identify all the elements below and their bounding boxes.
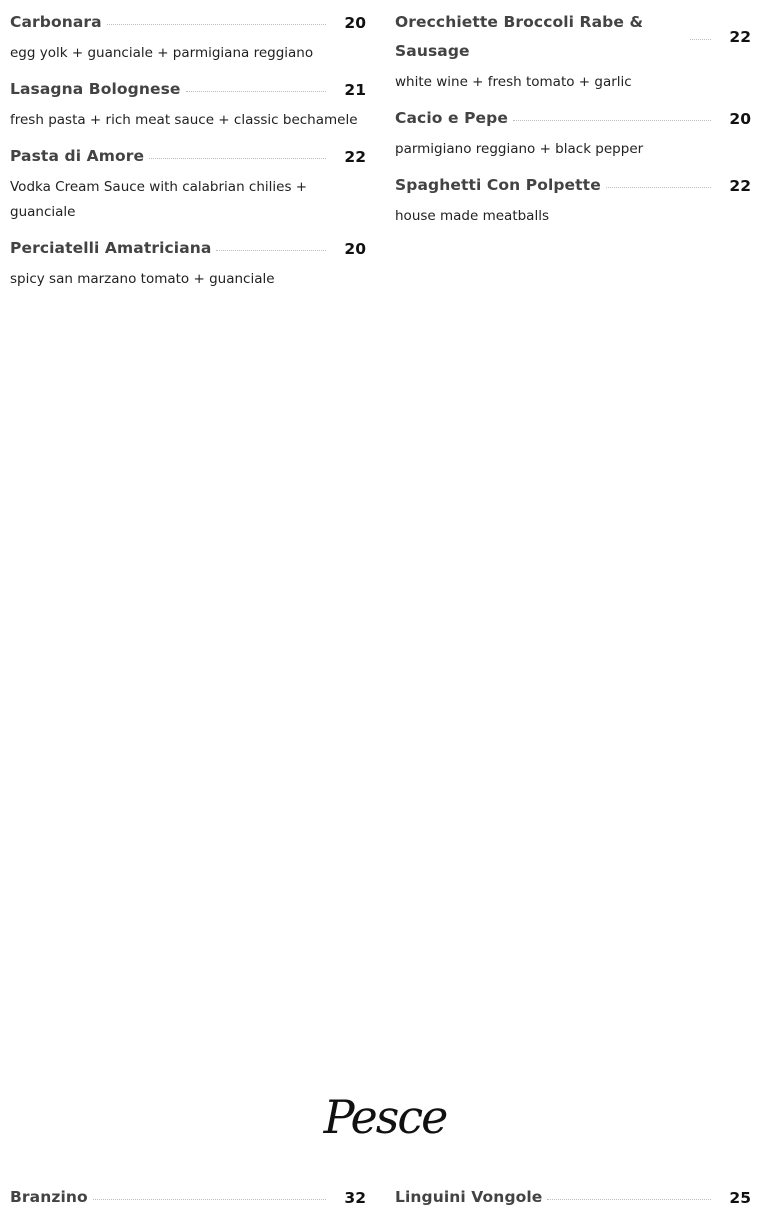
menu-item-price: 20 — [344, 14, 366, 32]
menu-item-description: parmigiano reggiano + black pepper — [395, 137, 751, 162]
menu-item-name: Cacio e Pepe — [395, 104, 508, 133]
dotted-leader — [547, 1199, 711, 1200]
menu-item: Orecchiette Broccoli Rabe & Sausage 22 w… — [395, 8, 751, 95]
menu-item-price: 32 — [344, 1189, 366, 1207]
menu-item-name: Carbonara — [10, 8, 102, 37]
menu-item-name: Lasagna Bolognese — [10, 75, 181, 104]
menu-item: Perciatelli Amatriciana 20 spicy san mar… — [10, 234, 366, 292]
menu-item-header: Linguini Vongole 25 — [395, 1183, 751, 1212]
menu-item-description: fresh pasta + rich meat sauce + classic … — [10, 108, 366, 133]
menu-item-header: Cacio e Pepe 20 — [395, 104, 751, 133]
menu-item-header: Pasta di Amore 22 — [10, 142, 366, 171]
menu-item-name: Orecchiette Broccoli Rabe & Sausage — [395, 8, 685, 66]
menu-item-description: spicy san marzano tomato + guanciale — [10, 267, 366, 292]
menu-item-name: Branzino — [10, 1183, 88, 1212]
menu-item-description: house made meatballs — [395, 204, 751, 229]
menu-item-header: Branzino 32 — [10, 1183, 366, 1212]
menu-item-price: 20 — [729, 110, 751, 128]
menu-item-name: Pasta di Amore — [10, 142, 144, 171]
menu-item-price: 22 — [729, 28, 751, 46]
section-title-pesce: Pesce — [0, 1090, 770, 1144]
pasta-right-column: Orecchiette Broccoli Rabe & Sausage 22 w… — [395, 0, 751, 238]
menu-item-price: 21 — [344, 81, 366, 99]
menu-item: Cacio e Pepe 20 parmigiano reggiano + bl… — [395, 104, 751, 162]
pesce-right-column: Linguini Vongole 25 — [395, 1183, 751, 1212]
menu-item-header: Carbonara 20 — [10, 8, 366, 37]
menu-item-header: Orecchiette Broccoli Rabe & Sausage 22 — [395, 8, 751, 66]
dotted-leader — [186, 91, 327, 92]
menu-item: Lasagna Bolognese 21 fresh pasta + rich … — [10, 75, 366, 133]
menu-item-name: Spaghetti Con Polpette — [395, 171, 601, 200]
pesce-left-column: Branzino 32 — [10, 1183, 366, 1212]
menu-item: Spaghetti Con Polpette 22 house made mea… — [395, 171, 751, 229]
menu-item-description: white wine + fresh tomato + garlic — [395, 70, 751, 95]
menu-item-description: egg yolk + guanciale + parmigiana reggia… — [10, 41, 366, 66]
dotted-leader — [216, 250, 326, 251]
menu-item-description: Vodka Cream Sauce with calabrian chilies… — [10, 175, 340, 225]
dotted-leader — [690, 39, 711, 40]
menu-item-price: 20 — [344, 240, 366, 258]
dotted-leader — [513, 120, 711, 121]
dotted-leader — [606, 187, 712, 188]
menu-item-price: 25 — [729, 1189, 751, 1207]
menu-item: Carbonara 20 egg yolk + guanciale + parm… — [10, 8, 366, 66]
dotted-leader — [107, 24, 327, 25]
menu-item-header: Perciatelli Amatriciana 20 — [10, 234, 366, 263]
menu-item-header: Lasagna Bolognese 21 — [10, 75, 366, 104]
menu-item-price: 22 — [729, 177, 751, 195]
dotted-leader — [93, 1199, 327, 1200]
menu-item-name: Linguini Vongole — [395, 1183, 542, 1212]
menu-item-price: 22 — [344, 148, 366, 166]
menu-item: Pasta di Amore 22 Vodka Cream Sauce with… — [10, 142, 366, 225]
pasta-left-column: Carbonara 20 egg yolk + guanciale + parm… — [10, 0, 366, 301]
menu-item-header: Spaghetti Con Polpette 22 — [395, 171, 751, 200]
menu-item-name: Perciatelli Amatriciana — [10, 234, 211, 263]
dotted-leader — [149, 158, 326, 159]
